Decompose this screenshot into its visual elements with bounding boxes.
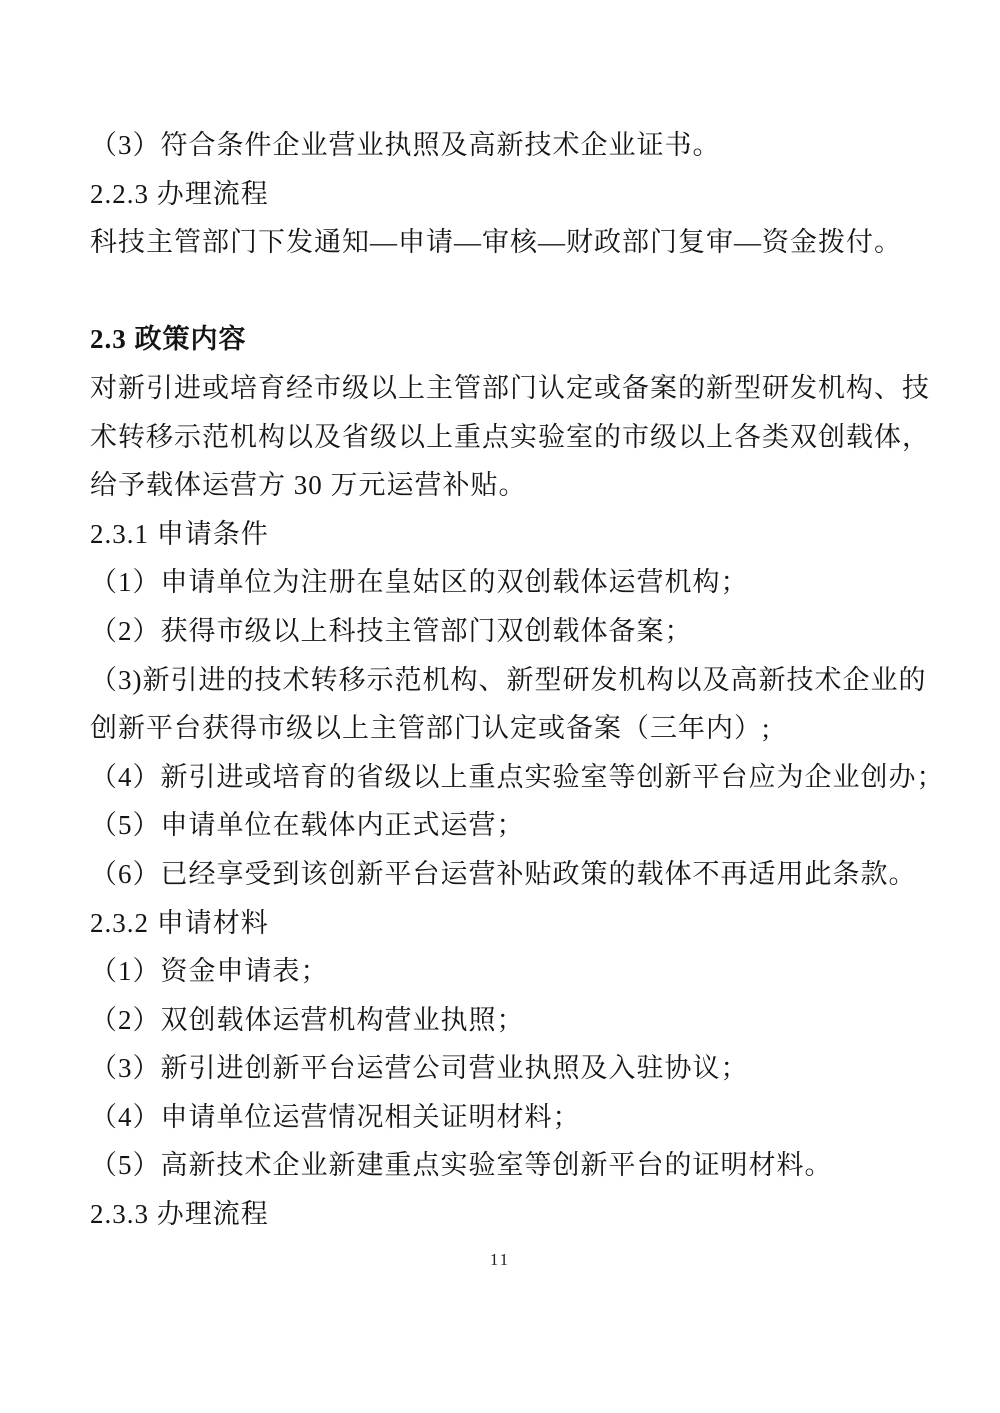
- section-2-3-policy-line-1: 对新引进或培育经市级以上主管部门认定或备案的新型研发机构、技: [90, 364, 920, 413]
- prev-section-item-3: （3）符合条件企业营业执照及高新技术企业证书。: [90, 121, 920, 170]
- material-5: （5）高新技术企业新建重点实验室等创新平台的证明材料。: [90, 1141, 920, 1190]
- document-lines: （3）符合条件企业营业执照及高新技术企业证书。2.2.3 办理流程科技主管部门下…: [90, 121, 920, 1239]
- condition-1: （1）申请单位为注册在皇姑区的双创载体运营机构；: [90, 558, 920, 607]
- material-3: （3）新引进创新平台运营公司营业执照及入驻协议；: [90, 1044, 920, 1093]
- section-2-3-3-heading: 2.3.3 办理流程: [90, 1190, 920, 1239]
- section-2-3-policy-line-2: 术转移示范机构以及省级以上重点实验室的市级以上各类双创载体，: [90, 413, 920, 462]
- condition-5: （5）申请单位在载体内正式运营；: [90, 801, 920, 850]
- material-4: （4）申请单位运营情况相关证明材料；: [90, 1093, 920, 1142]
- section-2-2-3-heading: 2.2.3 办理流程: [90, 170, 920, 219]
- material-1: （1）资金申请表；: [90, 947, 920, 996]
- condition-3-line-1: （3)新引进的技术转移示范机构、新型研发机构以及高新技术企业的: [90, 656, 920, 705]
- condition-2: （2）获得市级以上科技主管部门双创载体备案；: [90, 607, 920, 656]
- material-2: （2）双创载体运营机构营业执照；: [90, 996, 920, 1045]
- page-number: 11: [0, 1250, 1000, 1270]
- section-2-2-3-process: 科技主管部门下发通知—申请—审核—财政部门复审—资金拨付。: [90, 218, 920, 267]
- section-2-3-1-heading: 2.3.1 申请条件: [90, 510, 920, 559]
- section-2-3-2-heading: 2.3.2 申请材料: [90, 899, 920, 948]
- condition-4: （4）新引进或培育的省级以上重点实验室等创新平台应为企业创办；: [90, 753, 920, 802]
- document-page: （3）符合条件企业营业执照及高新技术企业证书。2.2.3 办理流程科技主管部门下…: [0, 0, 1000, 1413]
- blank-line: [90, 267, 920, 316]
- section-2-3-heading: 2.3 政策内容: [90, 315, 920, 364]
- condition-3-line-2: 创新平台获得市级以上主管部门认定或备案（三年内）;: [90, 704, 920, 753]
- condition-6: （6）已经享受到该创新平台运营补贴政策的载体不再适用此条款。: [90, 850, 920, 899]
- section-2-3-policy-line-3: 给予载体运营方 30 万元运营补贴。: [90, 461, 920, 510]
